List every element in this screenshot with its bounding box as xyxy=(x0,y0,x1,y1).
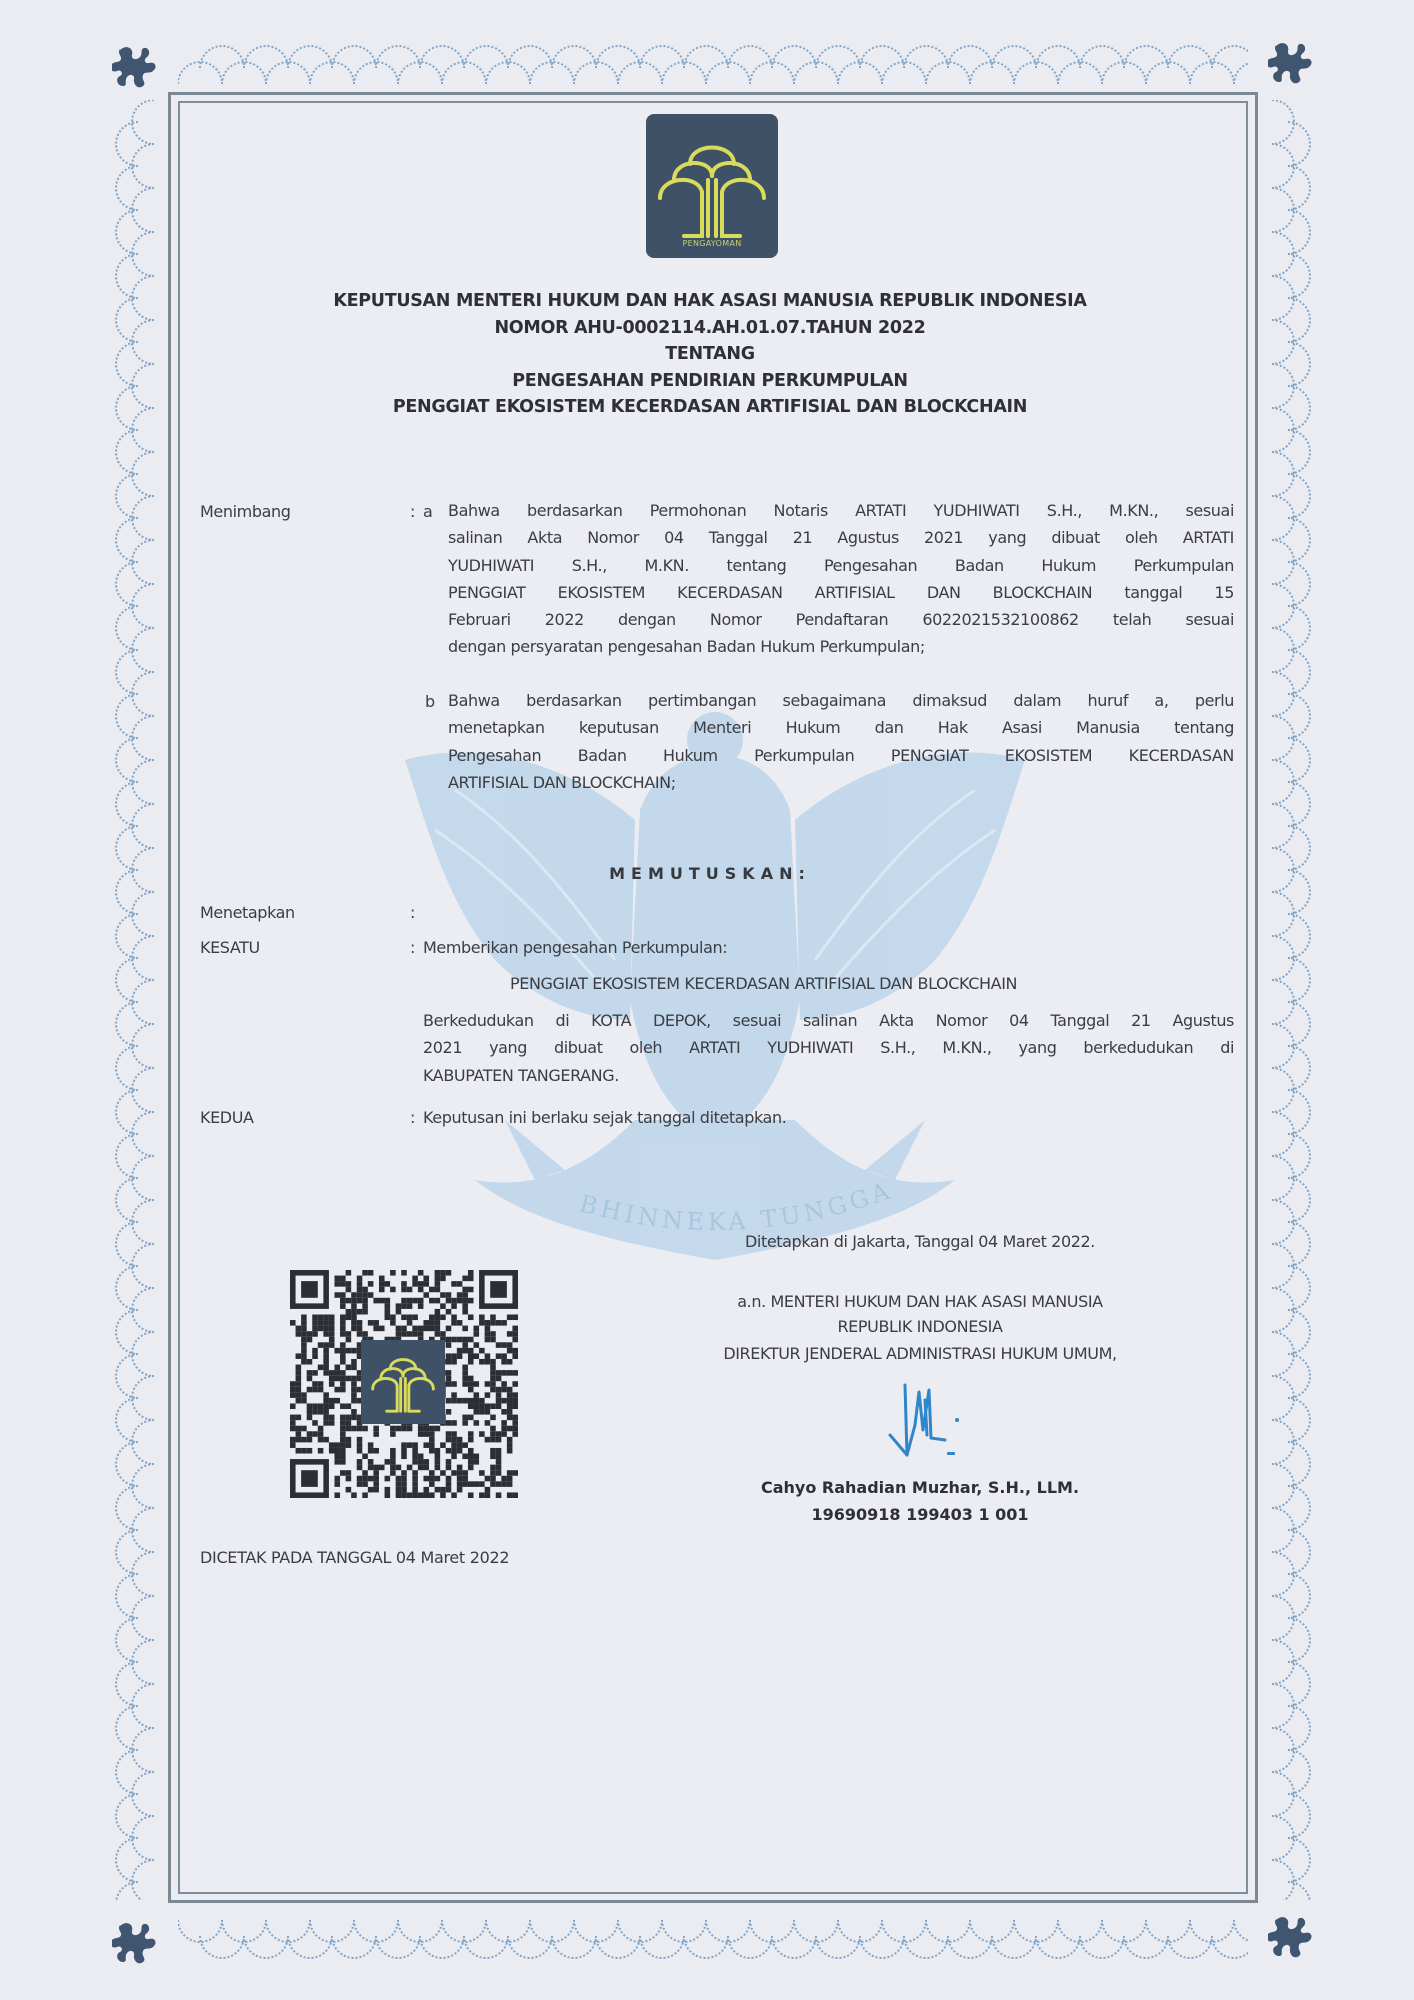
printed-date: DICETAK PADA TANGGAL 04 Maret 2022 xyxy=(200,1548,509,1567)
corner-ornament-icon xyxy=(112,1916,164,1968)
document-header: KEPUTUSAN MENTERI HUKUM DAN HAK ASASI MA… xyxy=(180,288,1240,421)
menimbang-item-a: Bahwa berdasarkan Permohonan Notaris ART… xyxy=(448,497,1234,661)
menimbang-colon: : xyxy=(410,502,415,521)
place-date: Ditetapkan di Jakarta, Tanggal 04 Maret … xyxy=(680,1232,1160,1251)
handwritten-signature-icon xyxy=(885,1380,985,1470)
signatory-position: DIREKTUR JENDERAL ADMINISTRASI HUKUM UMU… xyxy=(680,1344,1160,1363)
decorative-border-top xyxy=(178,44,1248,92)
decorative-border-left xyxy=(112,100,164,1900)
kesatu-colon: : xyxy=(410,938,415,957)
header-title: KEPUTUSAN MENTERI HUKUM DAN HAK ASASI MA… xyxy=(180,288,1240,315)
item-a-marker: a xyxy=(423,502,432,521)
kesatu-label: KESATU xyxy=(200,938,260,957)
decorative-border-bottom xyxy=(178,1912,1248,1960)
pengayoman-tree-icon xyxy=(646,114,778,258)
kedua-label: KEDUA xyxy=(200,1108,254,1127)
emblem-caption: PENGAYOMAN xyxy=(646,239,778,248)
corner-ornament-icon xyxy=(1268,1910,1320,1962)
kesatu-domicile: Berkedudukan di KOTA DEPOK, sesuai salin… xyxy=(423,1007,1234,1089)
decorative-border-right xyxy=(1262,100,1314,1900)
pengayoman-tree-icon xyxy=(361,1340,445,1424)
header-subject: PENGESAHAN PENDIRIAN PERKUMPULAN xyxy=(180,368,1240,395)
kesatu-intro: Memberikan pengesahan Perkumpulan: xyxy=(423,938,727,957)
menetapkan-label: Menetapkan xyxy=(200,903,295,922)
on-behalf-line-2: REPUBLIK INDONESIA xyxy=(680,1317,1160,1336)
ministry-emblem-logo: PENGAYOMAN xyxy=(646,114,778,258)
menimbang-item-b: Bahwa berdasarkan pertimbangan sebagaima… xyxy=(448,687,1234,796)
decree-number: NOMOR AHU-0002114.AH.01.07.TAHUN 2022 xyxy=(180,315,1240,342)
qr-emblem-logo xyxy=(361,1340,445,1424)
organization-name: PENGGIAT EKOSISTEM KECERDASAN ARTIFISIAL… xyxy=(510,974,1017,993)
kedua-colon: : xyxy=(410,1108,415,1127)
corner-ornament-icon xyxy=(1268,36,1320,88)
memutuskan-heading: MEMUTUSKAN: xyxy=(180,864,1240,883)
item-b-marker: b xyxy=(425,692,435,711)
menimbang-label: Menimbang xyxy=(200,502,290,521)
corner-ornament-icon xyxy=(112,40,164,92)
header-about: TENTANG xyxy=(180,341,1240,368)
kedua-text: Keputusan ini berlaku sejak tanggal dite… xyxy=(423,1108,786,1127)
signatory-nip: 19690918 199403 1 001 xyxy=(680,1505,1160,1524)
signatory-name: Cahyo Rahadian Muzhar, S.H., LLM. xyxy=(680,1478,1160,1497)
on-behalf-line-1: a.n. MENTERI HUKUM DAN HAK ASASI MANUSIA xyxy=(680,1292,1160,1311)
menetapkan-colon: : xyxy=(410,903,415,922)
header-organization: PENGGIAT EKOSISTEM KECERDASAN ARTIFISIAL… xyxy=(180,394,1240,421)
